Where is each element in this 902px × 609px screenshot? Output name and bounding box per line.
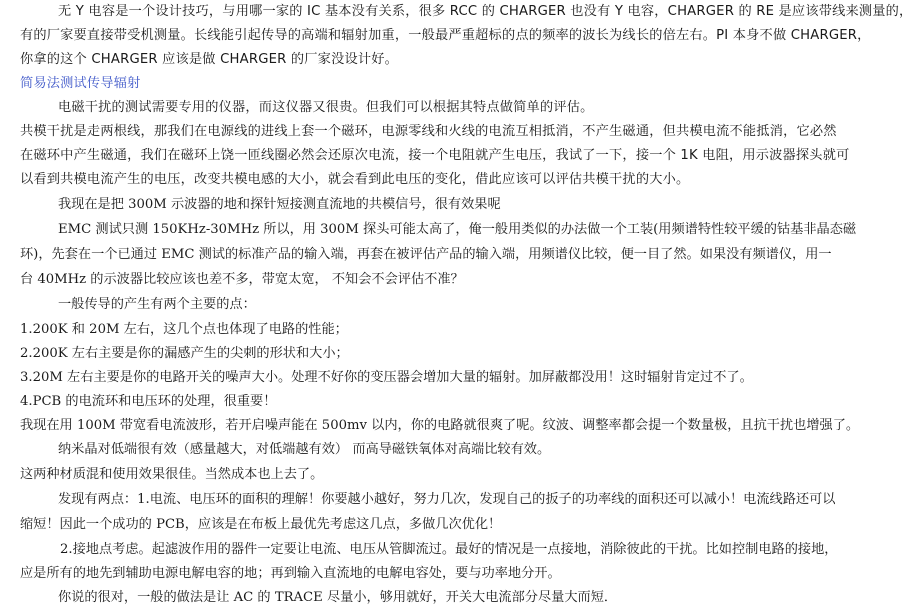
- paragraph-text: 缩短！因此一个成功的 PCB，应该是在布板上最优先考虑这几点，多做几次优化！: [20, 513, 501, 537]
- list-intro: 一般传导的产生有两个主要的点：: [58, 293, 256, 317]
- paragraph-text: 应是所有的地先到辅助电源电解电容的地；再到输入直流地的电解电容处，要与功率地分开…: [20, 562, 561, 586]
- paragraph-text: 环)，先套在一个已通过 EMC 测试的标准产品的输入端，再套在被评估产品的输入端…: [20, 243, 832, 267]
- list-item: 2.200K 左右主要是你的漏感产生的尖刺的形状和大小；: [20, 342, 349, 366]
- paragraph-text: 你拿的这个 CHARGER 应该是做 CHARGER 的厂家没设计好。: [20, 48, 398, 72]
- paragraph-text: 这两种材质混和使用效果很佳。当然成本也上去了。: [20, 463, 323, 487]
- paragraph-text: 共模干扰是走两根线，那我们在电源线的进线上套一个磁环，电源零线和火线的电流互相抵…: [20, 120, 837, 144]
- paragraph-text: 无 Y 电容是一个设计技巧，与用哪一家的 IC 基本没有关系，很多 RCC 的 …: [58, 0, 902, 24]
- paragraph-text: 台 40MHz 的示波器比较应该也差不多，带宽太宽， 不知会不会评估不准？: [20, 268, 464, 292]
- paragraph-text: 纳米晶对低端很有效（感量越大，对低端越有效） 而高导磁铁氧体对高端比较有效。: [58, 438, 550, 462]
- paragraph-text: 你说的很对，一般的做法是让 AC 的 TRACE 尽量小，够用就好，开关大电流部…: [58, 586, 617, 609]
- paragraph-text: 我现在是把 300M 示波器的地和探针短接测直流地的共模信号，很有效果呢: [58, 193, 501, 217]
- paragraph-text: 有的厂家要直接带受机测量。长线能引起传导的高端和辐射加重，一般最严重超标的点的频…: [20, 24, 871, 48]
- list-item: 3.20M 左右主要是你的电路开关的噪声大小。处理不好你的变压器会增加大量的辐射…: [20, 366, 753, 390]
- paragraph-text: 我现在用 100M 带宽看电流波形，若开启噪声能在 500mv 以内，你的电路就…: [20, 414, 859, 438]
- paragraph-text: 2.接地点考虑。起滤波作用的器件一定要让电流、电压从管脚流过。最好的情况是一点接…: [60, 538, 837, 562]
- paragraph-text: EMC 测试只测 150KHz-30MHz 所以，用 300M 探头可能太高了，…: [58, 218, 856, 242]
- list-item: 1.200K 和 20M 左右，这几个点也体现了电路的性能；: [20, 318, 348, 342]
- paragraph-text: 电磁干扰的测试需要专用的仪器，而这仪器又很贵。但我们可以根据其特点做简单的评估。: [58, 96, 594, 120]
- paragraph-text: 在磁环中产生磁通，我们在磁环上饶一匝线圈必然会还原次电流，接一个电阻就产生电压，…: [20, 144, 849, 168]
- paragraph-text: 发现有两点：1.电流、电压环的面积的理解！你要越小越好，努力几次，发现自己的扳子…: [58, 488, 835, 512]
- list-item: 4.PCB 的电流环和电压环的处理，很重要！: [20, 390, 276, 414]
- paragraph-text: 以看到共模电流产生的电压，改变共模电感的大小，就会看到此电压的变化，借此应该可以…: [20, 168, 689, 192]
- section-heading: 简易法测试传导辐射: [20, 72, 141, 96]
